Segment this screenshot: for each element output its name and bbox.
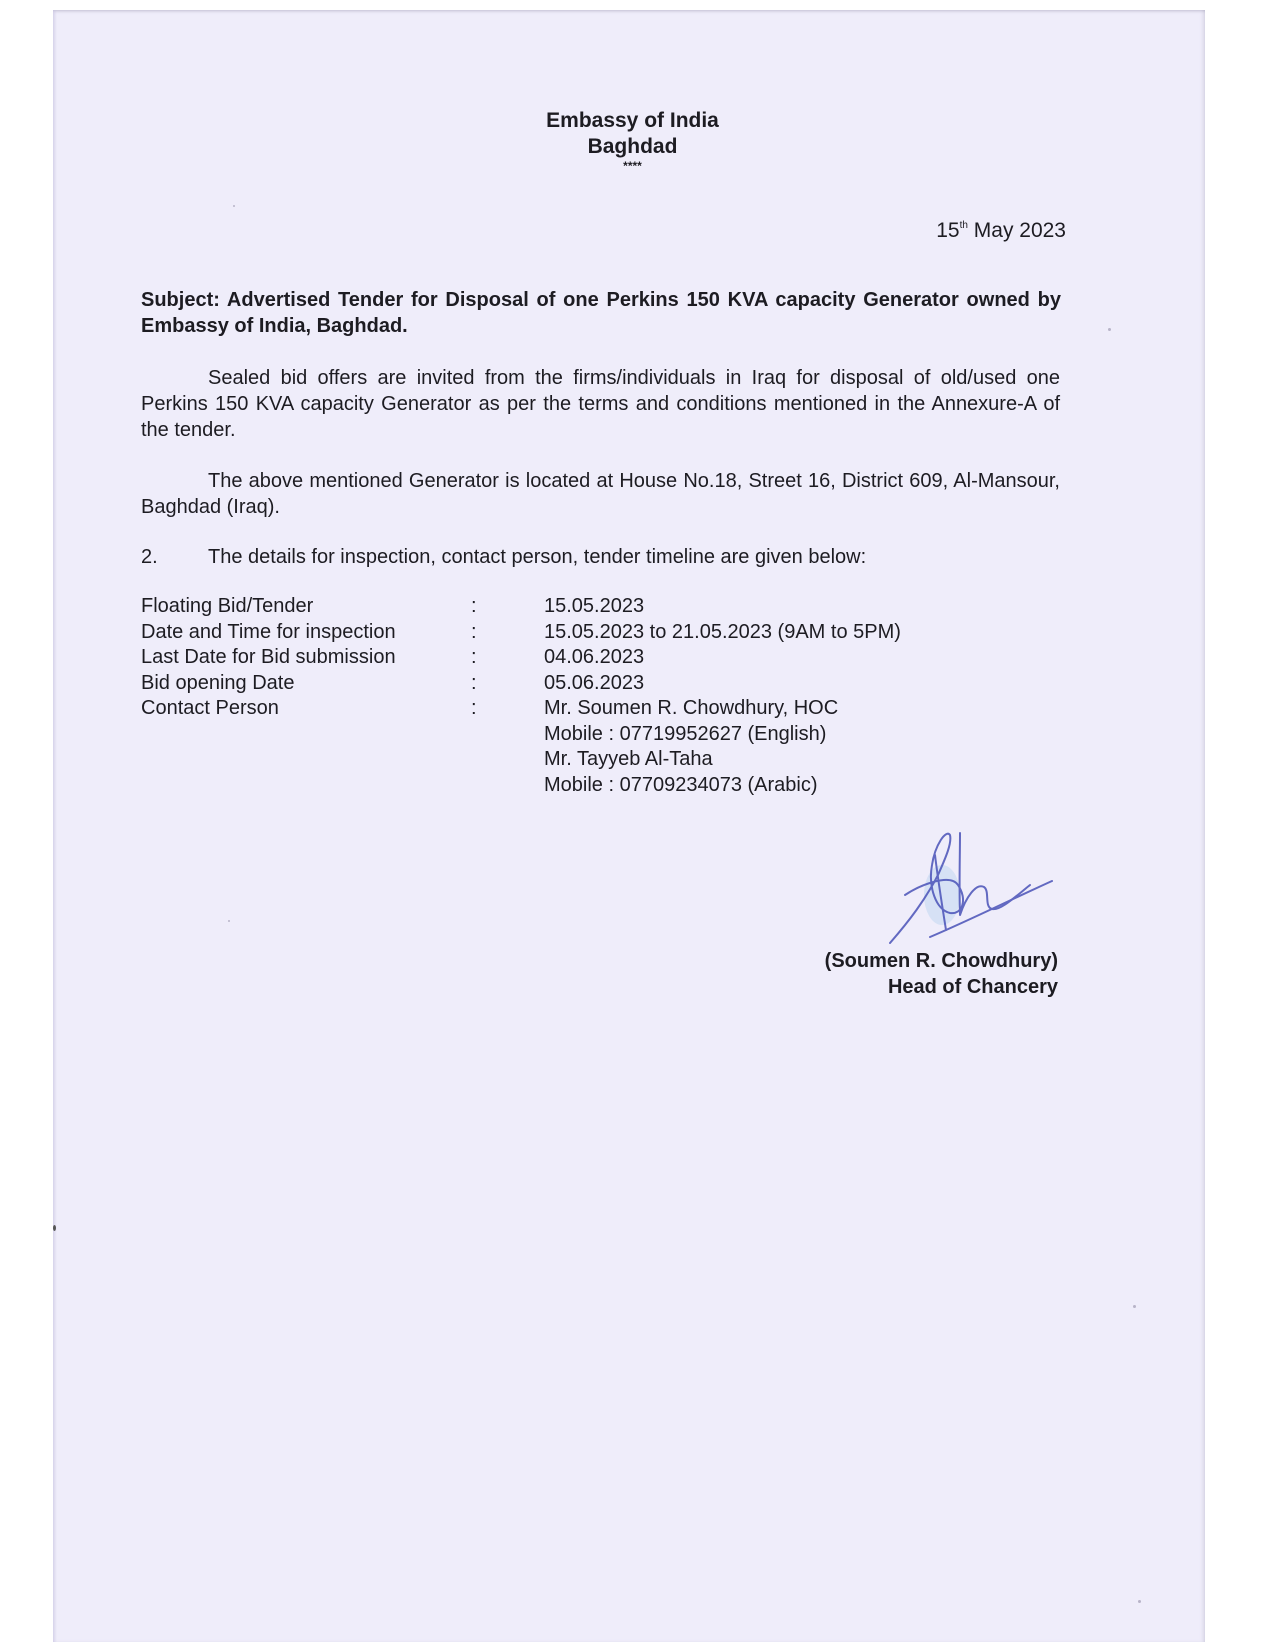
detail-value: 15.05.2023 (544, 594, 1044, 620)
contact-name-arabic: Mr. Tayyeb Al-Taha (544, 747, 1044, 773)
scan-speck (1138, 1600, 1141, 1603)
scan-speck (53, 1225, 56, 1231)
detail-separator: : (471, 696, 544, 798)
letter-date: 15th May 2023 (936, 213, 1066, 244)
detail-separator: : (471, 671, 544, 697)
signatory-name: (Soumen R. Chowdhury) (825, 948, 1058, 974)
date-day: 15 (936, 219, 959, 242)
detail-separator: : (471, 645, 544, 671)
detail-label: Floating Bid/Tender (141, 594, 471, 620)
section-2: 2.The details for inspection, contact pe… (141, 544, 1060, 570)
signatory-designation: Head of Chancery (825, 974, 1058, 1000)
detail-value-line: 15.05.2023 to 21.05.2023 (9AM to 5PM) (544, 620, 1044, 646)
detail-value: Mr. Soumen R. Chowdhury, HOC Mobile : 07… (544, 696, 1044, 798)
paragraph-location: The above mentioned Generator is located… (141, 468, 1060, 520)
detail-value-line: 15.05.2023 (544, 594, 1044, 620)
ornament: **** (0, 160, 1265, 172)
detail-value: 04.06.2023 (544, 645, 1044, 671)
details-row-opening: Bid opening Date : 05.06.2023 (141, 671, 1044, 697)
date-day-suffix: th (960, 220, 968, 231)
paragraph-invitation: Sealed bid offers are invited from the f… (141, 365, 1060, 443)
handwritten-signature-icon (880, 825, 1060, 950)
letterhead: Embassy of India Baghdad **** (0, 108, 1265, 172)
detail-label: Contact Person (141, 696, 471, 798)
tender-details-table: Floating Bid/Tender : 15.05.2023 Date an… (141, 594, 1044, 798)
detail-label: Date and Time for inspection (141, 620, 471, 646)
detail-separator: : (471, 594, 544, 620)
paragraph-text: The above mentioned Generator is located… (141, 470, 1060, 518)
detail-value: 05.06.2023 (544, 671, 1044, 697)
city-name: Baghdad (0, 134, 1265, 160)
details-row-submission: Last Date for Bid submission : 04.06.202… (141, 645, 1044, 671)
paragraph-text: Sealed bid offers are invited from the f… (141, 367, 1060, 441)
date-month-year: May 2023 (974, 219, 1066, 242)
detail-value-line: 04.06.2023 (544, 645, 1044, 671)
organization-name: Embassy of India (0, 108, 1265, 134)
scan-speck (228, 920, 230, 922)
scan-speck (233, 205, 235, 207)
detail-separator: : (471, 620, 544, 646)
scan-speck (1133, 1305, 1136, 1308)
details-row-floating: Floating Bid/Tender : 15.05.2023 (141, 594, 1044, 620)
contact-name-english: Mr. Soumen R. Chowdhury, HOC (544, 696, 1044, 722)
subject-line: Subject: Advertised Tender for Disposal … (141, 287, 1061, 339)
contact-mobile-english: Mobile : 07719952627 (English) (544, 722, 1044, 748)
details-row-contact: Contact Person : Mr. Soumen R. Chowdhury… (141, 696, 1044, 798)
scan-speck (1108, 328, 1111, 331)
details-row-inspection: Date and Time for inspection : 15.05.202… (141, 620, 1044, 646)
detail-label: Bid opening Date (141, 671, 471, 697)
signatory-block: (Soumen R. Chowdhury) Head of Chancery (825, 948, 1058, 1000)
detail-value-line: 05.06.2023 (544, 671, 1044, 697)
section-text: The details for inspection, contact pers… (208, 546, 866, 568)
contact-mobile-arabic: Mobile : 07709234073 (Arabic) (544, 773, 1044, 799)
section-number: 2. (141, 544, 208, 570)
detail-value: 15.05.2023 to 21.05.2023 (9AM to 5PM) (544, 620, 1044, 646)
detail-label: Last Date for Bid submission (141, 645, 471, 671)
